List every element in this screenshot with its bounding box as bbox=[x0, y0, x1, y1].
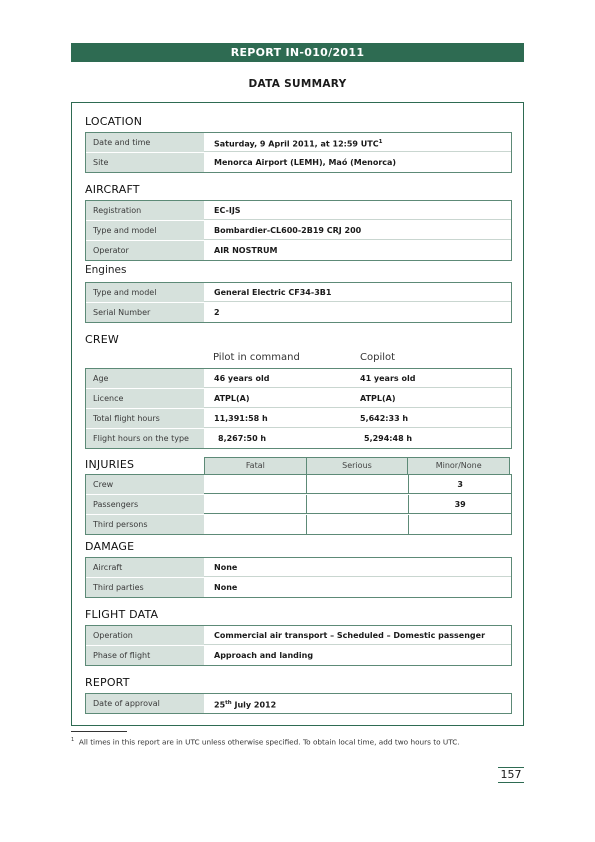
damage-table: Aircraft None Third parties None bbox=[85, 557, 512, 598]
table-row: Total flight hours 11,391:58 h 5,642:33 … bbox=[86, 409, 511, 429]
crew-table: Age 46 years old 41 years old Licence AT… bbox=[85, 368, 512, 449]
row-value: Menorca Airport (LEMH), Maó (Menorca) bbox=[204, 153, 511, 172]
fatal-cell bbox=[204, 495, 307, 514]
col-minor-none: Minor/None bbox=[408, 458, 509, 474]
table-row: Age 46 years old 41 years old bbox=[86, 369, 511, 389]
flight-data-table: Operation Commercial air transport – Sch… bbox=[85, 625, 512, 666]
page-number: 157 bbox=[498, 767, 524, 783]
table-row: Crew 3 bbox=[86, 475, 511, 495]
table-row: Operator AIR NOSTRUM bbox=[86, 241, 511, 260]
row-value: Saturday, 9 April 2011, at 12:59 UTC1 bbox=[204, 133, 511, 152]
col-fatal: Fatal bbox=[205, 458, 307, 474]
minor-cell: 3 bbox=[409, 475, 511, 494]
report-title-banner: REPORT IN-010/2011 bbox=[71, 43, 524, 62]
row-label: Crew bbox=[86, 475, 204, 494]
table-row: Date of approval 25th July 2012 bbox=[86, 694, 511, 713]
section-flight-data-title: FLIGHT DATA bbox=[85, 608, 158, 621]
location-table: Date and time Saturday, 9 April 2011, at… bbox=[85, 132, 512, 173]
row-label: Age bbox=[86, 369, 204, 388]
section-location-title: LOCATION bbox=[85, 115, 142, 128]
table-row: Passengers 39 bbox=[86, 495, 511, 515]
table-row: Type and model General Electric CF34-3B1 bbox=[86, 283, 511, 303]
engines-table: Type and model General Electric CF34-3B1… bbox=[85, 282, 512, 323]
row-label: Operation bbox=[86, 626, 204, 645]
row-label: Serial Number bbox=[86, 303, 204, 322]
row-label: Site bbox=[86, 153, 204, 172]
row-label: Date of approval bbox=[86, 694, 204, 713]
injuries-table: Crew 3 Passengers 39 Third persons bbox=[85, 474, 512, 535]
row-label: Type and model bbox=[86, 221, 204, 240]
copilot-value: 5,294:48 h bbox=[364, 429, 511, 448]
row-value: Bombardier-CL600-2B19 CRJ 200 bbox=[204, 221, 511, 240]
row-value: 2 bbox=[204, 303, 511, 322]
pic-value: 46 years old bbox=[204, 369, 360, 388]
section-engines-title: Engines bbox=[85, 264, 126, 276]
crew-col-copilot: Copilot bbox=[360, 352, 395, 363]
row-value: Commercial air transport – Scheduled – D… bbox=[204, 626, 511, 645]
section-crew-title: CREW bbox=[85, 333, 119, 346]
serious-cell bbox=[307, 495, 410, 514]
report-table: Date of approval 25th July 2012 bbox=[85, 693, 512, 714]
pic-value: ATPL(A) bbox=[204, 389, 360, 408]
row-label: Passengers bbox=[86, 495, 204, 514]
date-time-value: Saturday, 9 April 2011, at 12:59 UTC bbox=[214, 140, 379, 149]
minor-cell: 39 bbox=[409, 495, 511, 514]
table-row: Aircraft None bbox=[86, 558, 511, 578]
section-aircraft-title: AIRCRAFT bbox=[85, 183, 140, 196]
col-serious: Serious bbox=[307, 458, 409, 474]
serious-cell bbox=[307, 515, 410, 534]
row-label: Phase of flight bbox=[86, 646, 204, 665]
row-value: EC-IJS bbox=[204, 201, 511, 220]
fatal-cell bbox=[204, 475, 307, 494]
table-row: Site Menorca Airport (LEMH), Maó (Menorc… bbox=[86, 153, 511, 172]
row-value: AIR NOSTRUM bbox=[204, 241, 511, 260]
footnote-divider bbox=[71, 731, 127, 732]
copilot-value: 5,642:33 h bbox=[360, 409, 511, 428]
table-row: Type and model Bombardier-CL600-2B19 CRJ… bbox=[86, 221, 511, 241]
footnote-ref: 1 bbox=[379, 139, 383, 145]
section-damage-title: DAMAGE bbox=[85, 540, 134, 553]
row-value: None bbox=[204, 578, 511, 597]
table-row: Licence ATPL(A) ATPL(A) bbox=[86, 389, 511, 409]
section-injuries-title: INJURIES bbox=[85, 458, 134, 471]
table-row: Registration EC-IJS bbox=[86, 201, 511, 221]
pic-value: 8,267:50 h bbox=[204, 429, 364, 448]
footnote: 1 All times in this report are in UTC un… bbox=[71, 737, 460, 746]
row-label: Type and model bbox=[86, 283, 204, 302]
fatal-cell bbox=[204, 515, 307, 534]
row-label: Date and time bbox=[86, 133, 204, 152]
row-label: Third persons bbox=[86, 515, 204, 534]
row-label: Licence bbox=[86, 389, 204, 408]
data-summary-heading: DATA SUMMARY bbox=[71, 78, 524, 90]
row-label: Aircraft bbox=[86, 558, 204, 577]
approval-day: 25 bbox=[214, 701, 225, 710]
serious-cell bbox=[307, 475, 410, 494]
table-row: Date and time Saturday, 9 April 2011, at… bbox=[86, 133, 511, 153]
table-row: Third persons bbox=[86, 515, 511, 534]
row-label: Total flight hours bbox=[86, 409, 204, 428]
row-label: Flight hours on the type bbox=[86, 429, 204, 448]
table-row: Operation Commercial air transport – Sch… bbox=[86, 626, 511, 646]
copilot-value: ATPL(A) bbox=[360, 389, 511, 408]
footnote-marker: 1 bbox=[71, 737, 74, 743]
table-row: Flight hours on the type 8,267:50 h 5,29… bbox=[86, 429, 511, 448]
copilot-value: 41 years old bbox=[360, 369, 511, 388]
pic-value: 11,391:58 h bbox=[204, 409, 360, 428]
approval-month-year: July 2012 bbox=[232, 701, 276, 710]
row-value: 25th July 2012 bbox=[204, 694, 511, 713]
table-row: Serial Number 2 bbox=[86, 303, 511, 322]
row-label: Third parties bbox=[86, 578, 204, 597]
row-value: None bbox=[204, 558, 511, 577]
table-row: Third parties None bbox=[86, 578, 511, 597]
aircraft-table: Registration EC-IJS Type and model Bomba… bbox=[85, 200, 512, 261]
row-label: Registration bbox=[86, 201, 204, 220]
row-label: Operator bbox=[86, 241, 204, 260]
row-value: Approach and landing bbox=[204, 646, 511, 665]
crew-col-pilot: Pilot in command bbox=[213, 352, 300, 363]
row-value: General Electric CF34-3B1 bbox=[204, 283, 511, 302]
table-row: Phase of flight Approach and landing bbox=[86, 646, 511, 665]
section-report-title: REPORT bbox=[85, 676, 130, 689]
minor-cell bbox=[409, 515, 511, 534]
footnote-text: All times in this report are in UTC unle… bbox=[79, 737, 460, 746]
injuries-header: Fatal Serious Minor/None bbox=[204, 457, 510, 474]
